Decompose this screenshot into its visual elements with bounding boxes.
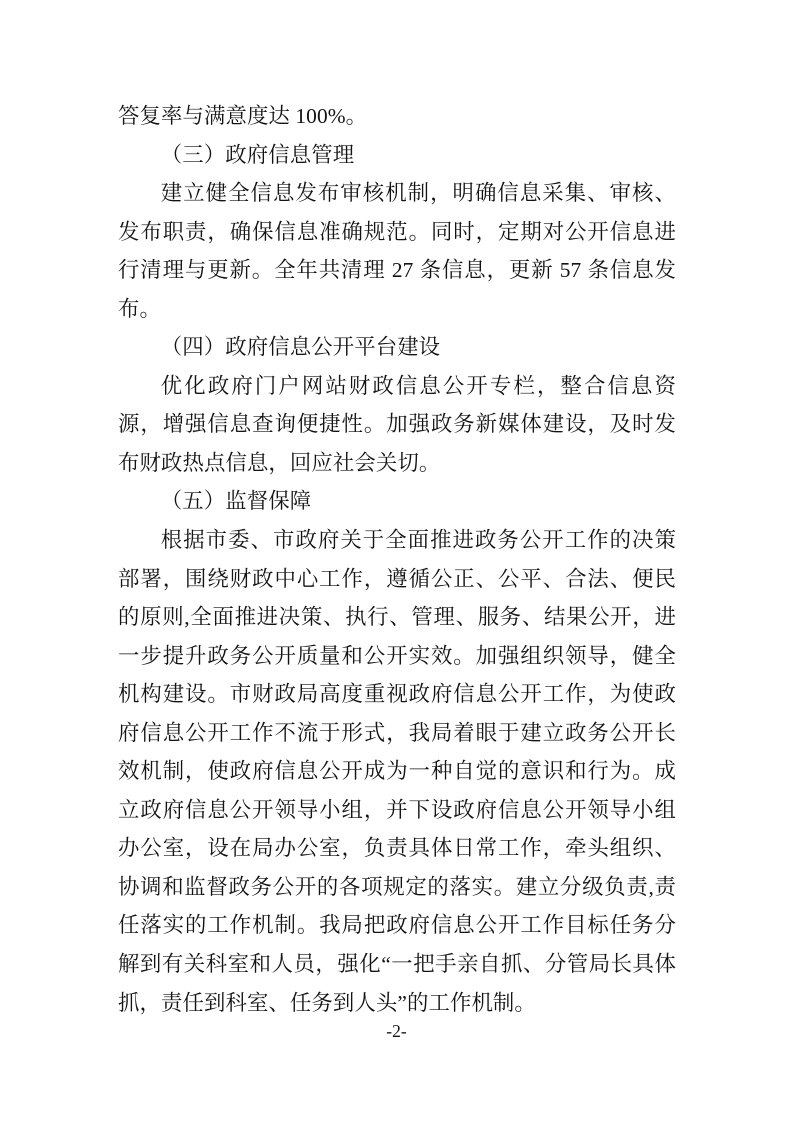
paragraph-platform-construction: 优化政府门户网站财政信息公开专栏，整合信息资源，增强信息查询便捷性。加强政务新媒… [118, 367, 676, 483]
paragraph-supervision-guarantee: 根据市委、市政府关于全面推进政务公开工作的决策部署，围绕财政中心工作，遵循公正、… [118, 521, 676, 1022]
paragraph-continuation: 答复率与满意度达 100%。 [118, 97, 676, 136]
document-content: 答复率与满意度达 100%。 （三）政府信息管理 建立健全信息发布审核机制，明确… [118, 97, 676, 1022]
section-heading-three: （三）政府信息管理 [118, 136, 676, 175]
section-heading-five: （五）监督保障 [118, 482, 676, 521]
page-number: -2- [0, 1019, 793, 1043]
document-page: 答复率与满意度达 100%。 （三）政府信息管理 建立健全信息发布审核机制，明确… [0, 0, 793, 1122]
section-heading-four: （四）政府信息公开平台建设 [118, 328, 676, 367]
paragraph-information-management: 建立健全信息发布审核机制，明确信息采集、审核、发布职责，确保信息准确规范。同时，… [118, 174, 676, 328]
